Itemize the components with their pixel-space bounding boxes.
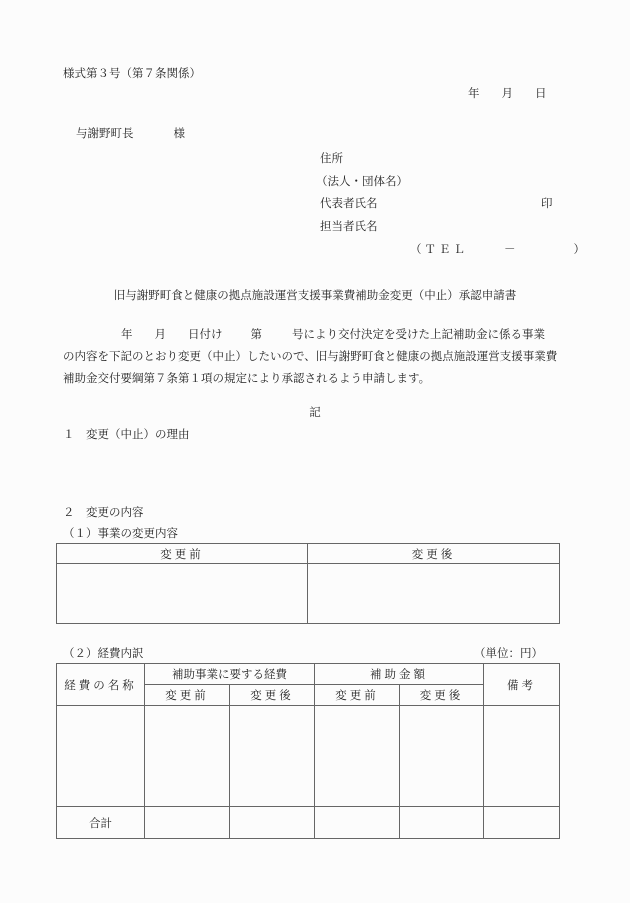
tel-label: （ＴＥＬ bbox=[410, 242, 468, 256]
change-content-table: 変更前 変更後 bbox=[56, 543, 560, 624]
header-expense-name: 経費の名称 bbox=[57, 664, 145, 706]
cell-after-input[interactable] bbox=[308, 564, 560, 624]
cell-expense-before[interactable] bbox=[145, 706, 230, 807]
body-line-1: 年月日付け第号により交付決定を受けた上記補助金に係る事業 bbox=[63, 323, 563, 345]
table-row bbox=[57, 706, 560, 807]
total-row: 合計 bbox=[57, 807, 560, 839]
organization-label: （法人・団体名） bbox=[316, 174, 408, 188]
subsection-expense-breakdown: （２）経費内訳 bbox=[63, 646, 144, 660]
header-remarks: 備考 bbox=[484, 664, 560, 706]
section-reason-heading: １ 変更（中止）の理由 bbox=[63, 427, 190, 441]
document-title: 旧与謝野町食と健康の拠点施設運営支援事業費補助金変更（中止）承認申請書 bbox=[0, 288, 630, 302]
contact-person-label: 担当者氏名 bbox=[320, 219, 378, 233]
tel-close: ） bbox=[574, 242, 586, 256]
table-row bbox=[57, 564, 560, 624]
address-label: 住所 bbox=[320, 151, 343, 165]
date-line: 年月日 bbox=[468, 86, 547, 100]
subheader-subsidy-after: 変更後 bbox=[400, 685, 484, 706]
cell-before-input[interactable] bbox=[57, 564, 308, 624]
addressee-name: 与謝野町長 bbox=[76, 126, 134, 140]
total-remarks[interactable] bbox=[484, 807, 560, 839]
expense-breakdown-table: 経費の名称 補助事業に要する経費 補助金額 備考 変更前 変更後 変更前 変更後… bbox=[56, 663, 560, 839]
total-subsidy-after[interactable] bbox=[400, 807, 484, 839]
section-content-heading: ２ 変更の内容 bbox=[63, 505, 144, 519]
addressee: 与謝野町長様 bbox=[76, 126, 185, 140]
unit-label: （単位：円） bbox=[474, 646, 543, 660]
subsection-business-change: （１）事業の変更内容 bbox=[63, 526, 178, 540]
body-line-3: 補助金交付要綱第７条第１項の規定により承認されるよう申請します。 bbox=[63, 367, 563, 389]
representative-label: 代表者氏名 bbox=[320, 196, 378, 210]
cell-subsidy-before[interactable] bbox=[315, 706, 400, 807]
table-header-row: 変更前 変更後 bbox=[57, 544, 560, 564]
seal-mark: 印 bbox=[541, 196, 553, 210]
total-label: 合計 bbox=[57, 807, 145, 839]
date-month: 月 bbox=[502, 86, 514, 100]
tel-line: （ＴＥＬ－） bbox=[410, 242, 585, 256]
body-line-2: の内容を下記のとおり変更（中止）したいので、旧与謝野町食と健康の拠点施設運営支援… bbox=[63, 345, 563, 367]
cell-expense-after[interactable] bbox=[230, 706, 315, 807]
form-number: 様式第３号（第７条関係） bbox=[63, 66, 201, 80]
total-subsidy-before[interactable] bbox=[315, 807, 400, 839]
date-day: 日 bbox=[535, 86, 547, 100]
header-before: 変更前 bbox=[57, 544, 308, 564]
header-project-expense: 補助事業に要する経費 bbox=[145, 664, 315, 685]
header-after: 変更後 bbox=[308, 544, 560, 564]
cell-expense-name[interactable] bbox=[57, 706, 145, 807]
total-expense-before[interactable] bbox=[145, 807, 230, 839]
table-header-row: 経費の名称 補助事業に要する経費 補助金額 備考 bbox=[57, 664, 560, 685]
honorific: 様 bbox=[174, 126, 186, 140]
subheader-expense-before: 変更前 bbox=[145, 685, 230, 706]
subheader-expense-after: 変更後 bbox=[230, 685, 315, 706]
cell-subsidy-after[interactable] bbox=[400, 706, 484, 807]
header-subsidy-amount: 補助金額 bbox=[315, 664, 484, 685]
total-expense-after[interactable] bbox=[230, 807, 315, 839]
application-body: 年月日付け第号により交付決定を受けた上記補助金に係る事業 の内容を下記のとおり変… bbox=[63, 323, 563, 389]
subheader-subsidy-before: 変更前 bbox=[315, 685, 400, 706]
date-year: 年 bbox=[468, 86, 480, 100]
cell-remarks[interactable] bbox=[484, 706, 560, 807]
ki-heading: 記 bbox=[0, 405, 630, 419]
tel-dash: － bbox=[504, 242, 516, 256]
